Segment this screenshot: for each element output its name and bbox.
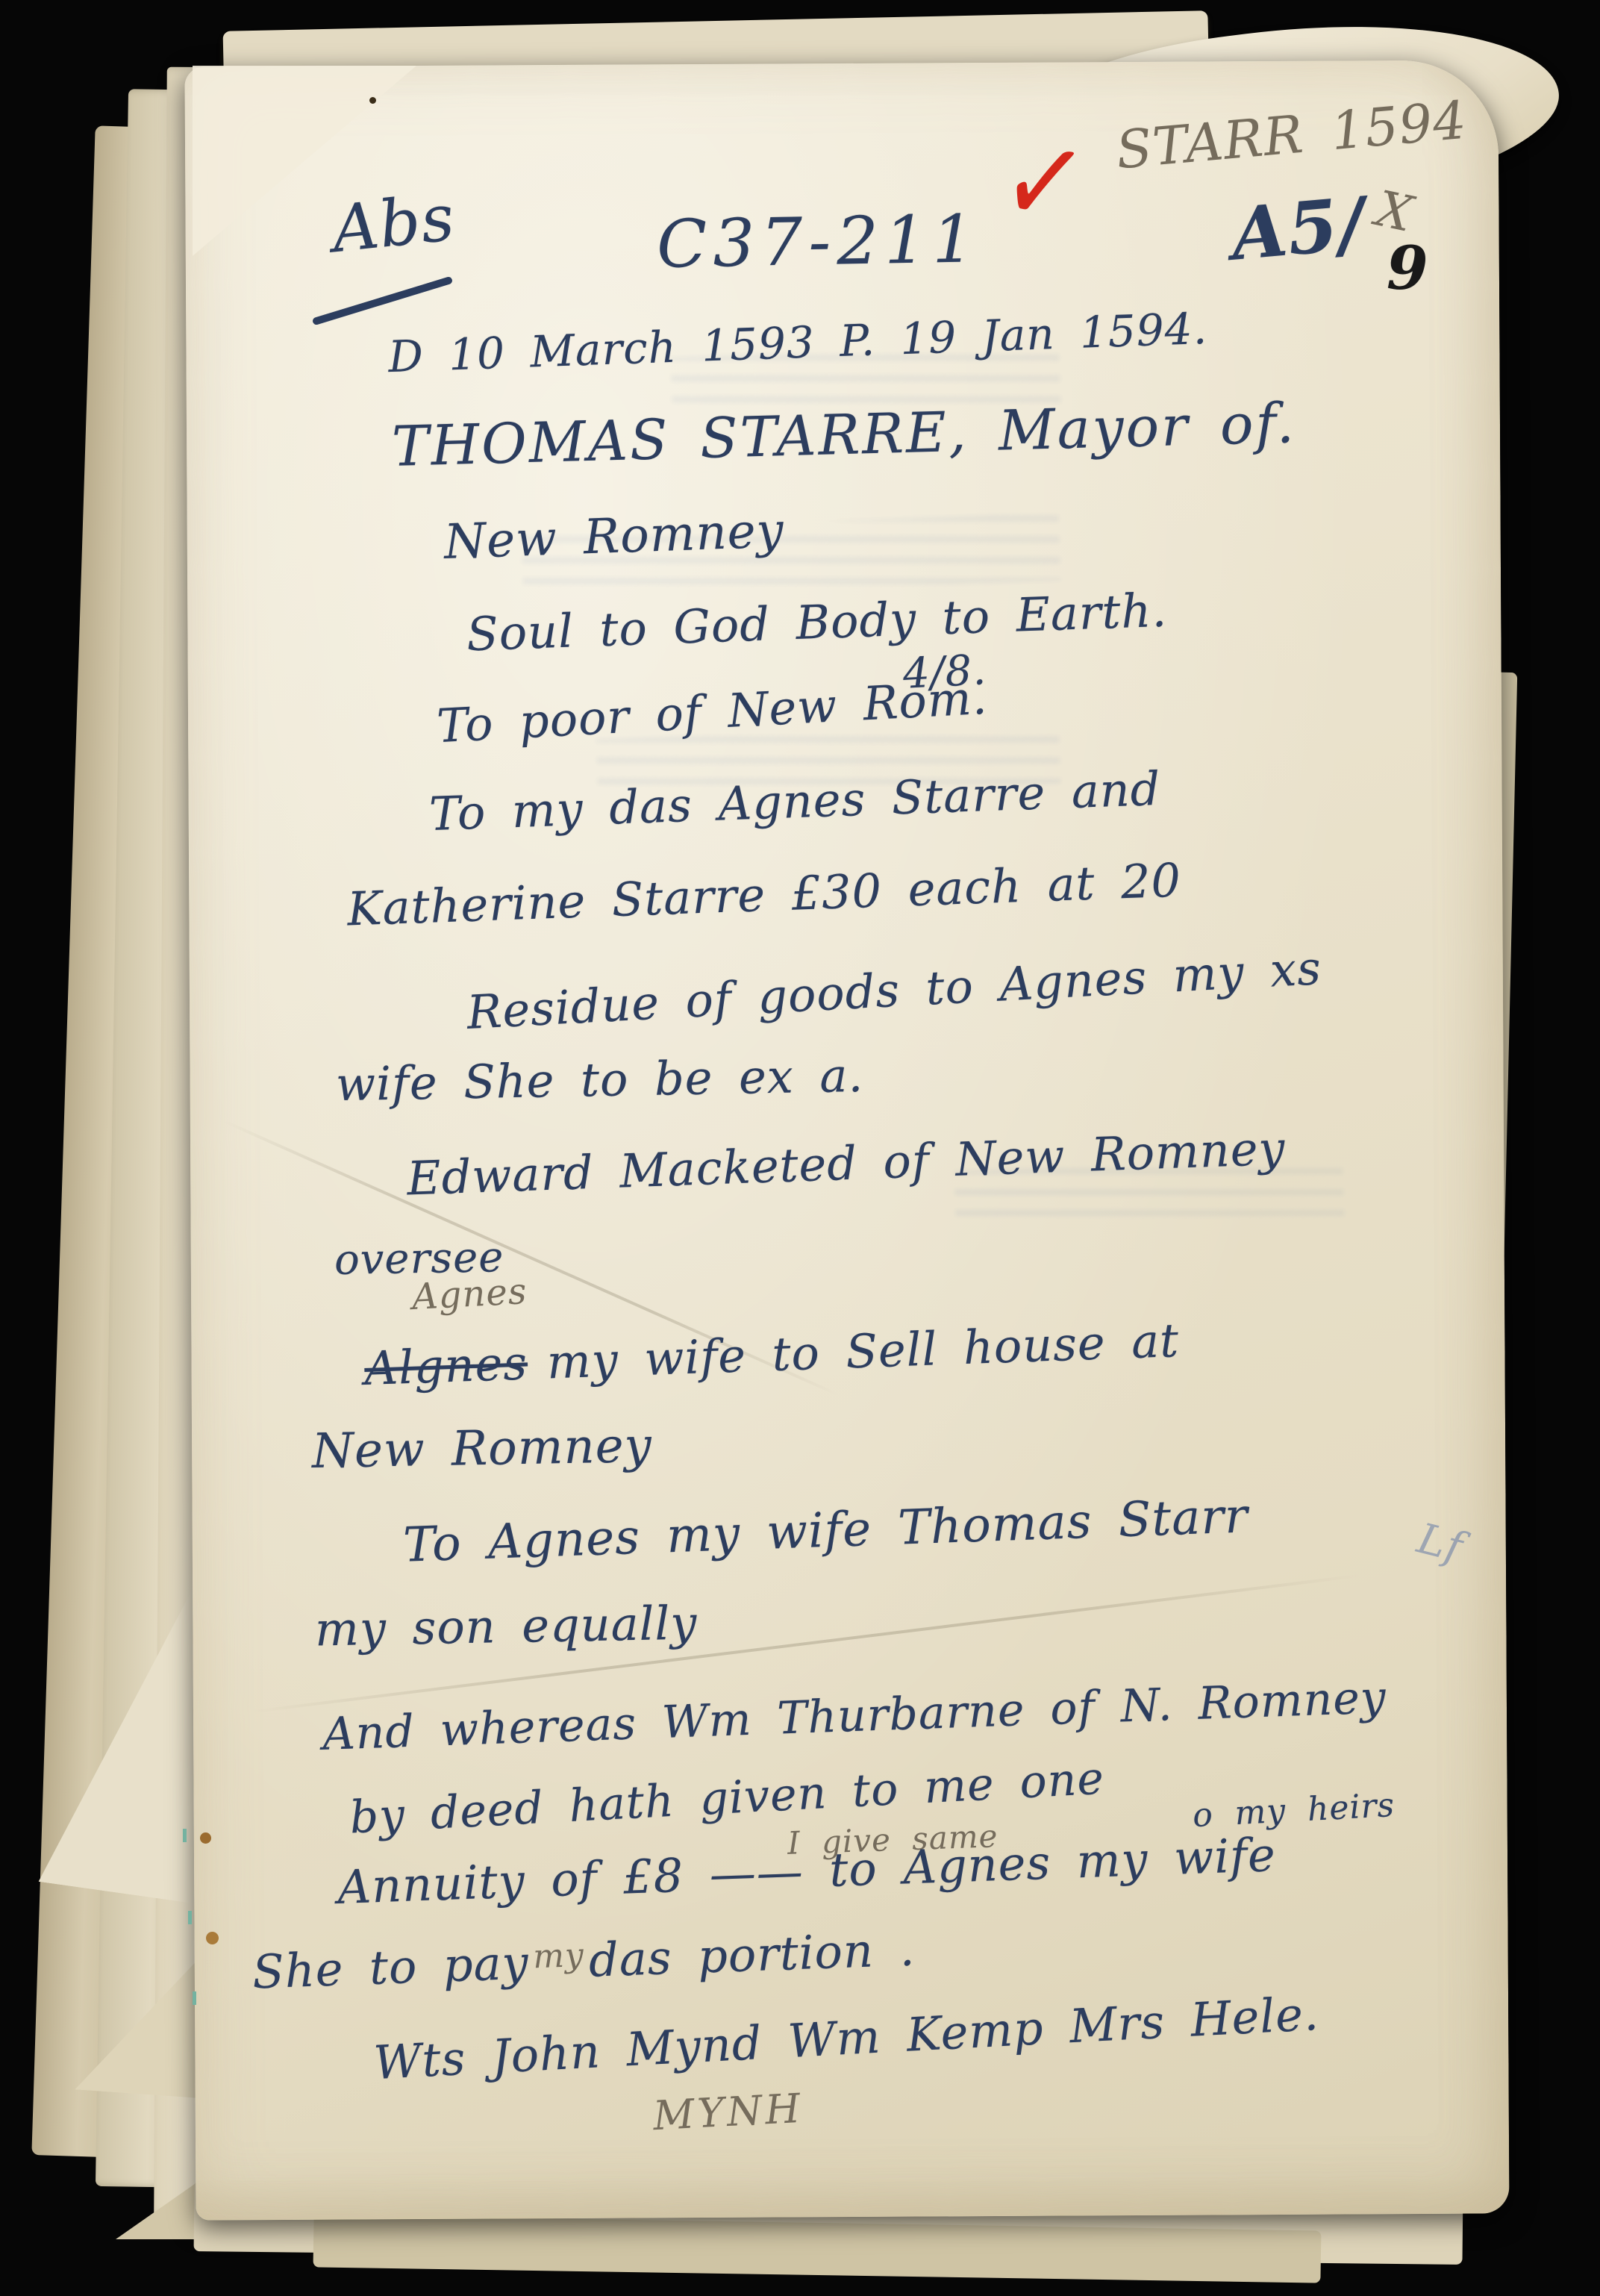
paper-speck (206, 1932, 219, 1944)
shelfmark-a5: A5/ (1228, 181, 1369, 276)
poor-bequest-amount: 4/8. (901, 646, 987, 699)
edge-tick-mark (188, 1911, 192, 1924)
shelfmark-9: 9 (1387, 233, 1429, 303)
abs-label: Abs (328, 181, 458, 268)
pencil-insert-my: my (532, 1936, 584, 1976)
edge-tick-mark (183, 1829, 187, 1842)
edge-tick-mark (193, 1991, 196, 2005)
bequest-line-2: my son equally (314, 1596, 697, 1657)
residue-line-2: wife She to be ex a. (335, 1048, 863, 1111)
struck-word: Algnes (363, 1335, 528, 1396)
payment-text-1: She to pay (251, 1935, 530, 2000)
payment-text-2: das portion . (588, 1922, 916, 1988)
photo-stage: Abs C37-211 STARR 1594 X A5/ 9 ✓ D 10 Ma… (0, 0, 1600, 2296)
pencil-mynh-note: MYNH (651, 2085, 804, 2139)
paper-speck (200, 1832, 211, 1844)
reference-number: C37-211 (656, 200, 981, 283)
sell-house-place: New Romney (311, 1418, 652, 1479)
pencil-correction-agnes: Agnes (411, 1270, 528, 1318)
paper-speck (369, 97, 376, 104)
